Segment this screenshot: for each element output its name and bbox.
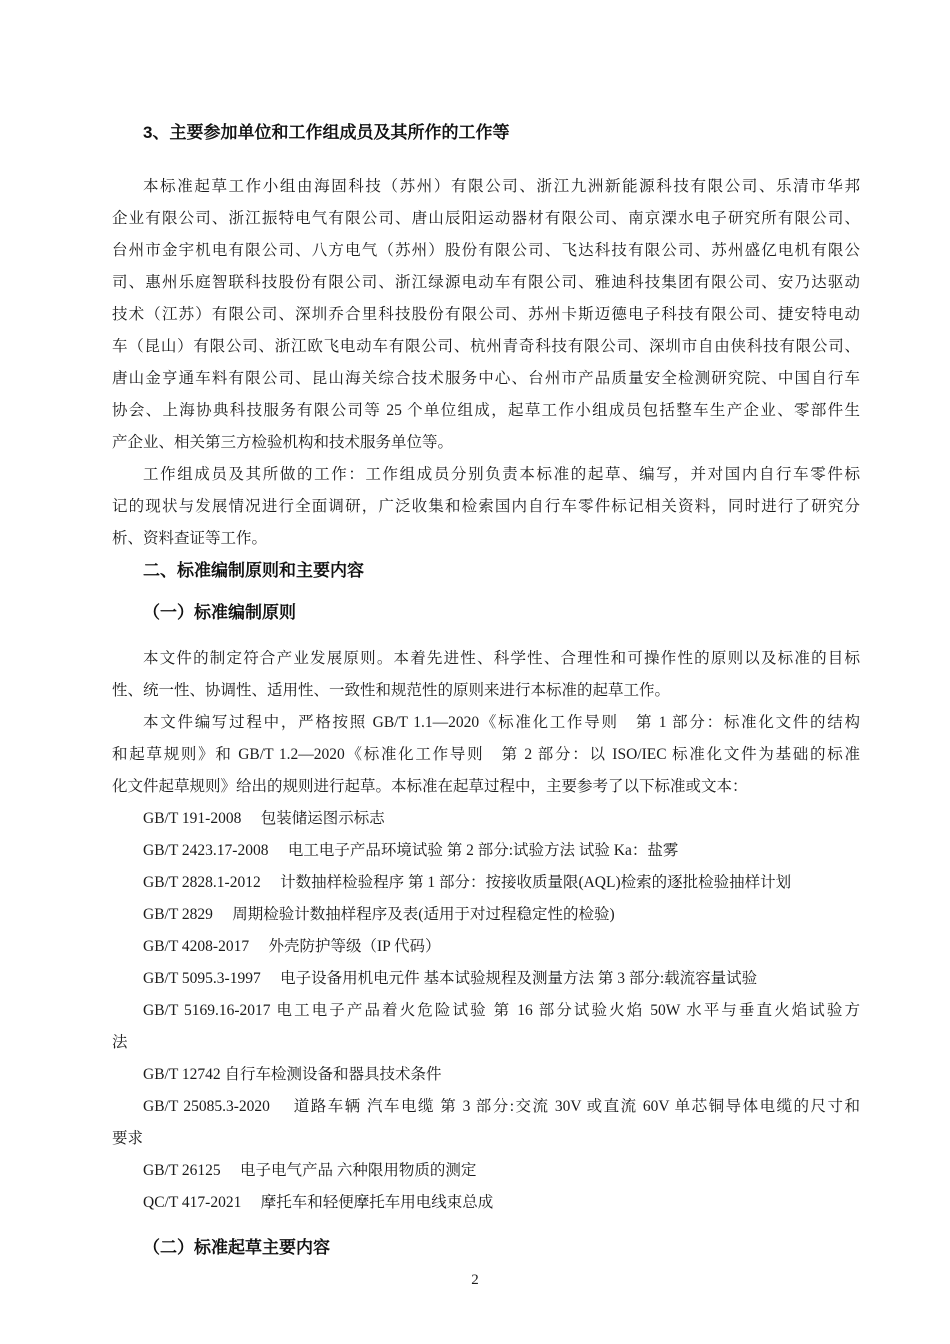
text-line: 本文件编写过程中，严格按照 GB/T 1.1—2020《标准化工作导则 第 1 … (112, 707, 860, 739)
reference-standard-item: GB/T 26125 电子电气产品 六种限用物质的测定 (112, 1155, 860, 1187)
text-line: GB/T 191-2008 包装储运图示标志 (112, 803, 860, 835)
text-line: GB/T 26125 电子电气产品 六种限用物质的测定 (112, 1155, 860, 1187)
text-line: 工作组成员及其所做的工作：工作组成员分别负责本标准的起草、编写，并对国内自行车零… (112, 459, 860, 491)
text-line: GB/T 5095.3-1997 电子设备用机电元件 基本试验规程及测量方法 第… (112, 963, 860, 995)
drafting-units-paragraph: 本标准起草工作小组由海固科技（苏州）有限公司、浙江九洲新能源科技有限公司、乐清市… (112, 171, 860, 459)
text-line: 车（昆山）有限公司、浙江欧飞电动车有限公司、杭州青奇科技有限公司、深圳市自由侠科… (112, 331, 860, 363)
text-line: GB/T 25085.3-2020 道路车辆 汽车电缆 第 3 部分:交流 30… (112, 1091, 860, 1123)
reference-standard-item: GB/T 5169.16-2017 电工电子产品着火危险试验 第 16 部分试验… (112, 995, 860, 1059)
reference-standard-item: GB/T 2828.1-2012 计数抽样检验程序 第 1 部分：按接收质量限(… (112, 867, 860, 899)
subsection-1-heading: （一）标准编制原则 (112, 597, 860, 629)
document-page: 3、主要参加单位和工作组成员及其所作的工作等本标准起草工作小组由海固科技（苏州）… (0, 0, 950, 1344)
text-line: 性、统一性、协调性、适用性、一致性和规范性的原则来进行本标准的起草工作。 (112, 675, 860, 707)
text-line: 协会、上海协典科技服务有限公司等 25 个单位组成，起草工作小组成员包括整车生产… (112, 395, 860, 427)
page-number: 2 (0, 1264, 950, 1296)
text-line: GB/T 2829 周期检验计数抽样程序及表(适用于对过程稳定性的检验) (112, 899, 860, 931)
text-line: 本标准起草工作小组由海固科技（苏州）有限公司、浙江九洲新能源科技有限公司、乐清市… (112, 171, 860, 203)
text-line: GB/T 5169.16-2017 电工电子产品着火危险试验 第 16 部分试验… (112, 995, 860, 1027)
text-line: 台州市金宇机电有限公司、八方电气（苏州）股份有限公司、飞达科技有限公司、苏州盛亿… (112, 235, 860, 267)
reference-standard-item: QC/T 417-2021 摩托车和轻便摩托车用电线束总成 (112, 1187, 860, 1219)
text-line: GB/T 2828.1-2012 计数抽样检验程序 第 1 部分：按接收质量限(… (112, 867, 860, 899)
document-content: 3、主要参加单位和工作组成员及其所作的工作等本标准起草工作小组由海固科技（苏州）… (0, 0, 950, 1264)
text-line: GB/T 2423.17-2008 电工电子产品环境试验 第 2 部分:试验方法… (112, 835, 860, 867)
reference-standard-item: GB/T 25085.3-2020 道路车辆 汽车电缆 第 3 部分:交流 30… (112, 1091, 860, 1155)
section-3-heading: 3、主要参加单位和工作组成员及其所作的工作等 (112, 117, 860, 149)
text-line: 要求 (112, 1123, 860, 1155)
reference-standard-item: GB/T 191-2008 包装储运图示标志 (112, 803, 860, 835)
reference-standard-item: GB/T 2423.17-2008 电工电子产品环境试验 第 2 部分:试验方法… (112, 835, 860, 867)
text-line: 法 (112, 1027, 860, 1059)
drafting-rules-paragraph: 本文件编写过程中，严格按照 GB/T 1.1—2020《标准化工作导则 第 1 … (112, 707, 860, 803)
text-line: 记的现状与发展情况进行全面调研，广泛收集和检索国内自行车零件标记相关资料，同时进… (112, 491, 860, 523)
text-line: 和起草规则》和 GB/T 1.2—2020《标准化工作导则 第 2 部分：以 I… (112, 739, 860, 771)
text-line: 企业有限公司、浙江振特电气有限公司、唐山辰阳运动器材有限公司、南京溧水电子研究所… (112, 203, 860, 235)
text-line: 析、资料查证等工作。 (112, 523, 860, 555)
text-line: 产企业、相关第三方检验机构和技术服务单位等。 (112, 427, 860, 459)
reference-standard-item: GB/T 4208-2017 外壳防护等级（IP 代码） (112, 931, 860, 963)
text-line: QC/T 417-2021 摩托车和轻便摩托车用电线束总成 (112, 1187, 860, 1219)
reference-standard-item: GB/T 5095.3-1997 电子设备用机电元件 基本试验规程及测量方法 第… (112, 963, 860, 995)
subsection-2-heading: （二）标准起草主要内容 (112, 1232, 860, 1264)
compilation-principles-paragraph: 本文件的制定符合产业发展原则。本着先进性、科学性、合理性和可操作性的原则以及标准… (112, 643, 860, 707)
text-line: 化文件起草规则》给出的规则进行起草。本标准在起草过程中，主要参考了以下标准或文本… (112, 771, 860, 803)
text-line: 技术（江苏）有限公司、深圳乔合里科技股份有限公司、苏州卡斯迈德电子科技有限公司、… (112, 299, 860, 331)
section-2-heading: 二、标准编制原则和主要内容 (112, 555, 860, 587)
working-group-tasks-paragraph: 工作组成员及其所做的工作：工作组成员分别负责本标准的起草、编写，并对国内自行车零… (112, 459, 860, 555)
text-line: 司、惠州乐庭智联科技股份有限公司、浙江绿源电动车有限公司、雅迪科技集团有限公司、… (112, 267, 860, 299)
text-line: 唐山金亨通车料有限公司、昆山海关综合技术服务中心、台州市产品质量安全检测研究院、… (112, 363, 860, 395)
reference-standard-item: GB/T 2829 周期检验计数抽样程序及表(适用于对过程稳定性的检验) (112, 899, 860, 931)
text-line: 本文件的制定符合产业发展原则。本着先进性、科学性、合理性和可操作性的原则以及标准… (112, 643, 860, 675)
reference-standard-item: GB/T 12742 自行车检测设备和器具技术条件 (112, 1059, 860, 1091)
text-line: GB/T 12742 自行车检测设备和器具技术条件 (112, 1059, 860, 1091)
text-line: GB/T 4208-2017 外壳防护等级（IP 代码） (112, 931, 860, 963)
